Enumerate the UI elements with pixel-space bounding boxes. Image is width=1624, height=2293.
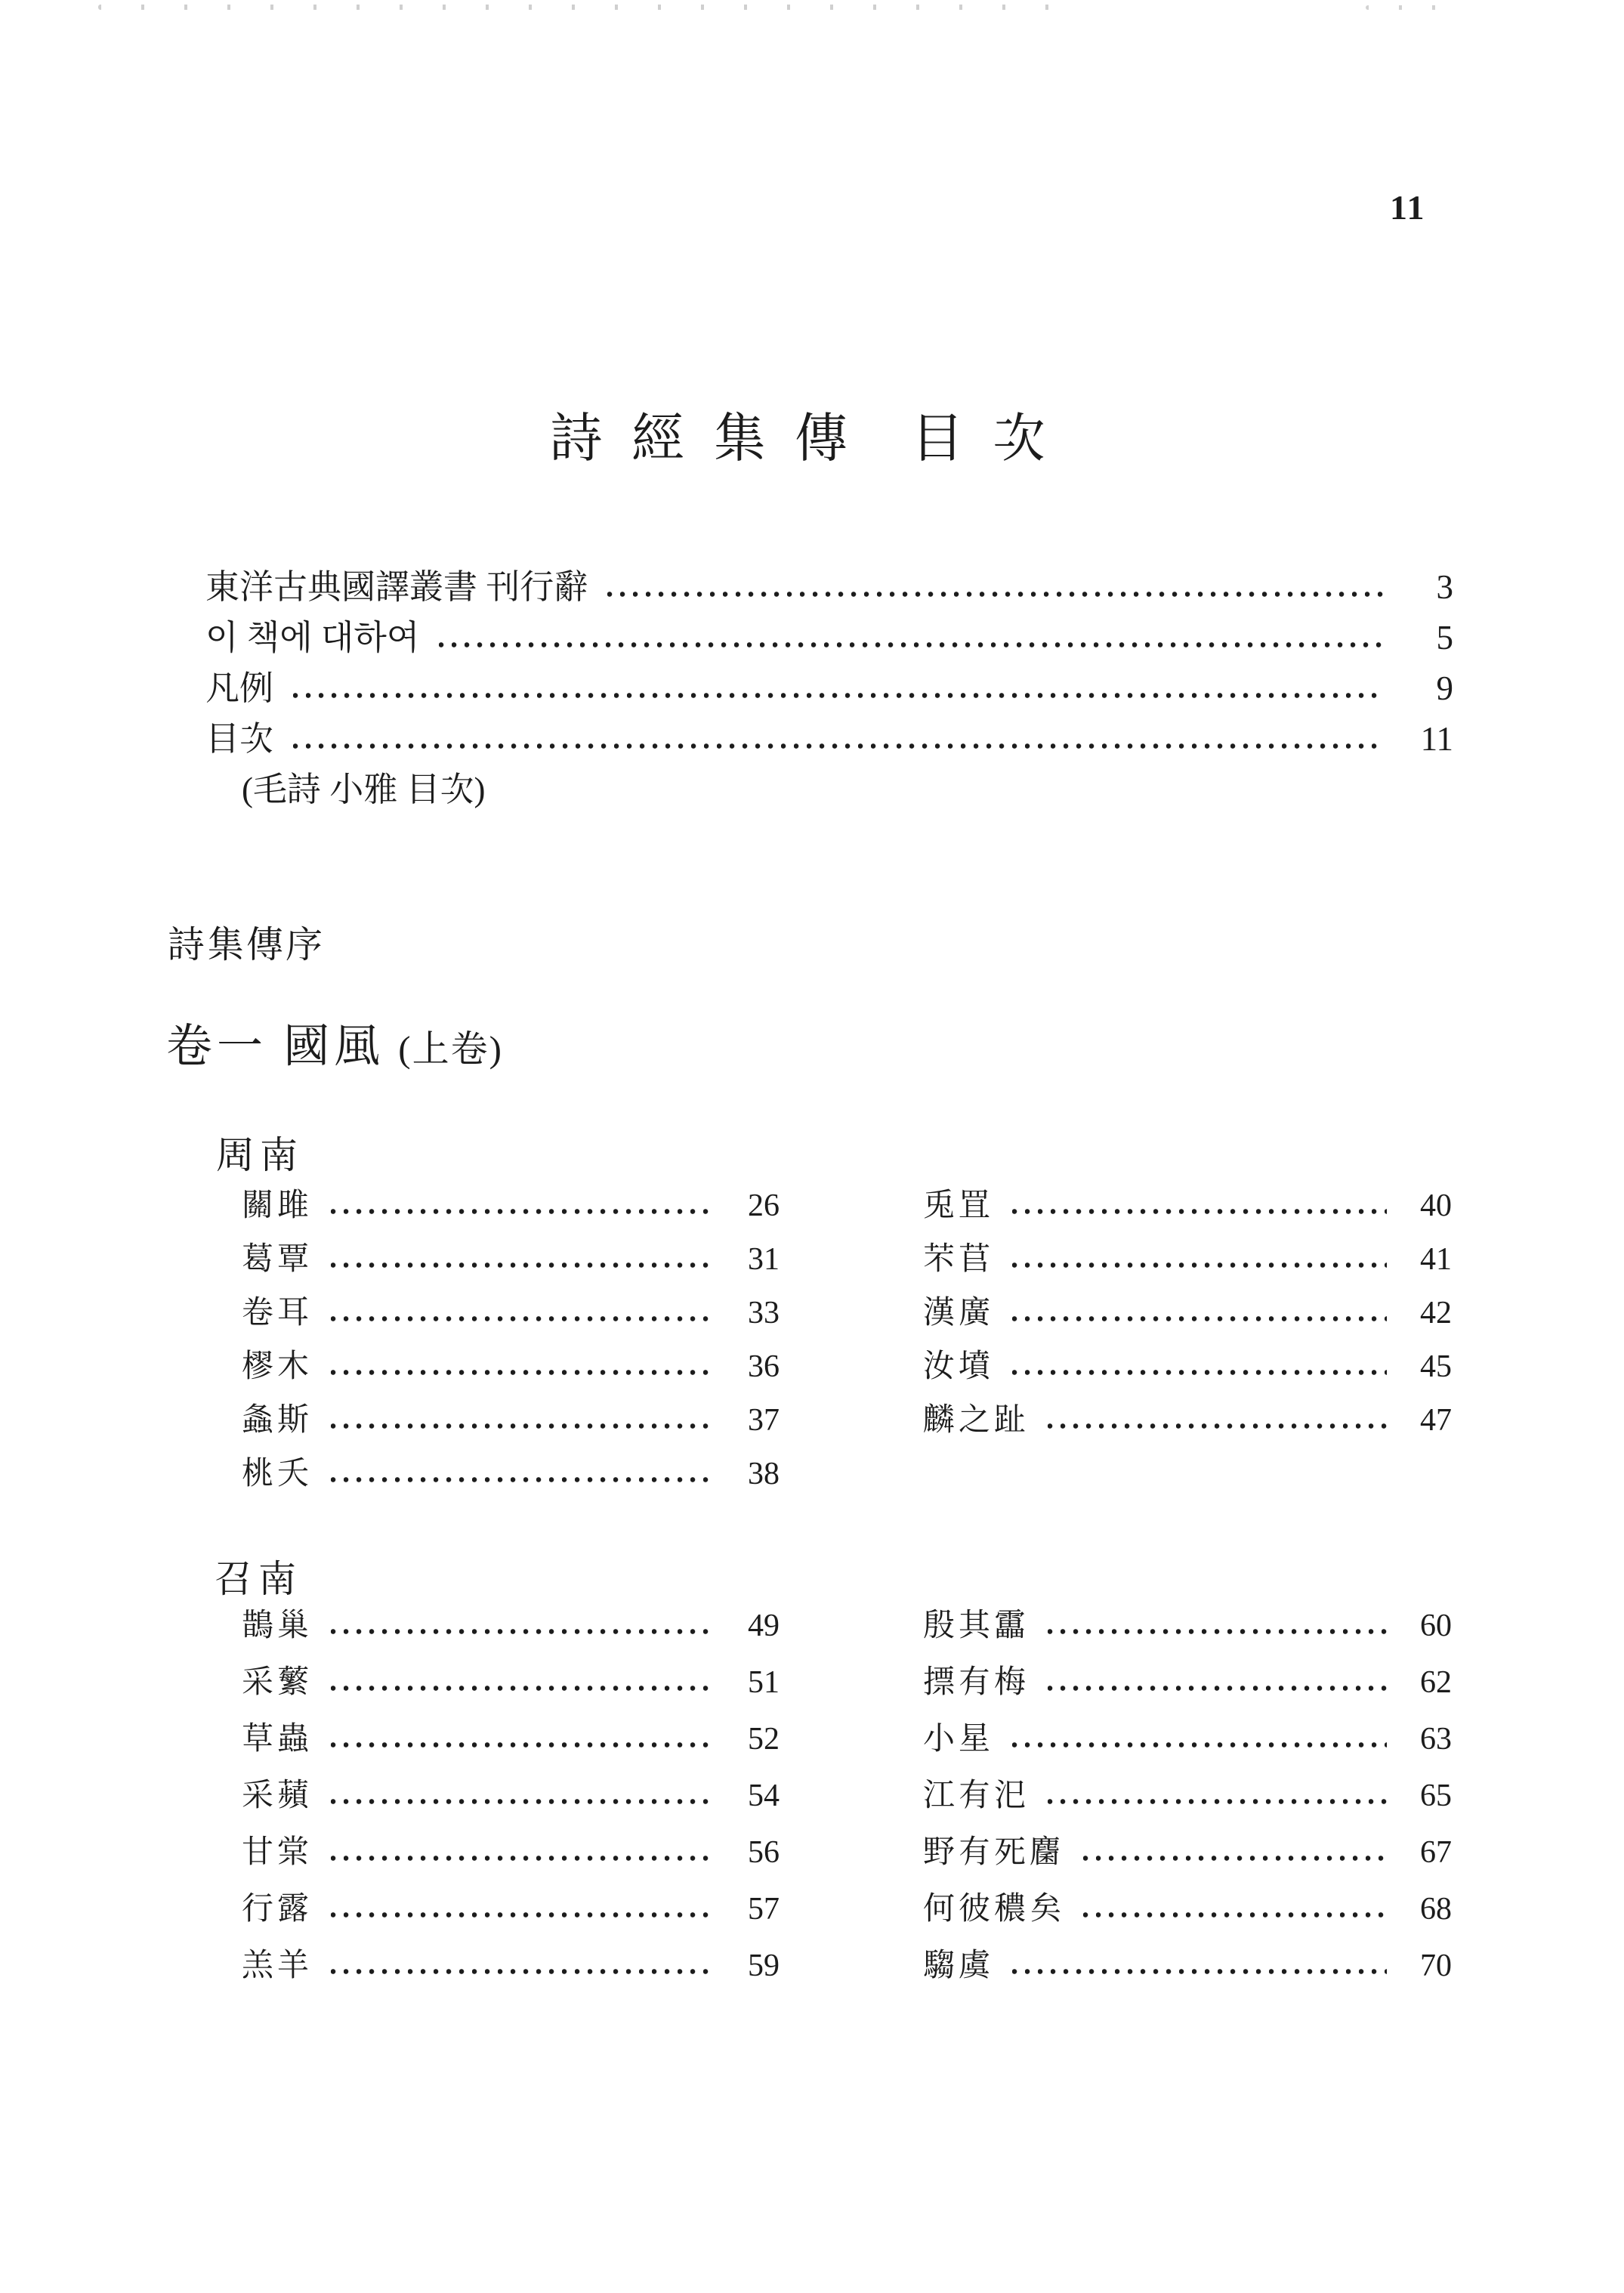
poem-page: 59 (730, 1948, 780, 1984)
poem-title: 草蟲 (242, 1714, 313, 1759)
poem-title: 騶虞 (923, 1940, 994, 1986)
poem-title: 卷耳 (242, 1287, 313, 1333)
poem-entry: 羔羊 59 (242, 1940, 780, 1997)
poem-entry: 關雎 26 (242, 1180, 780, 1234)
poem-entry: 漢廣 42 (923, 1287, 1452, 1341)
poem-page: 63 (1402, 1721, 1452, 1757)
dotted-leader (1083, 1912, 1387, 1919)
poem-page: 62 (1402, 1664, 1452, 1701)
poem-page: 56 (730, 1834, 780, 1871)
poem-title: 殷其靁 (923, 1600, 1030, 1646)
toc-entry: 東洋古典國譯叢書 刊行辭 3 (205, 559, 1453, 610)
column-left: 鵲巢 49 采蘩 51 草蟲 52 采蘋 54 甘棠 (242, 1600, 780, 1997)
toc-entry-label: 目次 (205, 711, 273, 760)
dotted-leader (1048, 1629, 1387, 1636)
dotted-leader (331, 1423, 715, 1430)
dotted-leader (331, 1686, 715, 1692)
scan-artifact (1366, 5, 1450, 10)
dotted-leader (1012, 1262, 1387, 1269)
poem-title: 何彼穠矣 (923, 1884, 1065, 1929)
dotted-leader (331, 1262, 715, 1269)
toc-entry: (毛詩 小雅 目次) (205, 762, 1453, 812)
poem-entry: 殷其靁 60 (923, 1600, 1452, 1657)
poem-title: 采蘋 (242, 1770, 313, 1816)
poem-entry: 汝墳 45 (923, 1341, 1452, 1395)
poem-title: 葛覃 (242, 1234, 313, 1279)
dotted-leader (439, 642, 1384, 649)
dotted-leader (1048, 1423, 1387, 1430)
poem-entry: 騶虞 70 (923, 1940, 1452, 1997)
poem-title: 樛木 (242, 1341, 313, 1386)
dotted-leader (1012, 1370, 1387, 1377)
poem-entry: 何彼穠矣 68 (923, 1884, 1452, 1940)
poem-page: 52 (730, 1721, 780, 1757)
toc-entry-page: 5 (1400, 618, 1453, 657)
poem-title: 野有死麕 (923, 1827, 1065, 1872)
poem-title: 兎罝 (923, 1180, 994, 1225)
book-page: 11 詩經集傳目次 東洋古典國譯叢書 刊行辭 3 이 책에 대하여 5 凡例 9… (0, 0, 1624, 2293)
poem-entry: 桃夭 38 (242, 1448, 780, 1502)
dotted-leader (331, 1209, 715, 1216)
poem-entry: 樛木 36 (242, 1341, 780, 1395)
dotted-leader (331, 1856, 715, 1862)
poem-page: 70 (1402, 1948, 1452, 1984)
poem-entry: 麟之趾 47 (923, 1395, 1452, 1448)
column-right: 兎罝 40 芣苢 41 漢廣 42 汝墳 45 麟之趾 (923, 1180, 1452, 1448)
poem-title: 漢廣 (923, 1287, 994, 1333)
poem-page: 68 (1402, 1891, 1452, 1927)
poem-title: 羔羊 (242, 1940, 313, 1986)
dotted-leader (607, 592, 1384, 598)
toc-entry: 目次 11 (205, 711, 1453, 762)
poem-entry: 草蟲 52 (242, 1714, 780, 1770)
dotted-leader (331, 1912, 715, 1919)
poem-entry: 卷耳 33 (242, 1287, 780, 1341)
poem-title: 甘棠 (242, 1827, 313, 1872)
poem-page: 49 (730, 1608, 780, 1644)
poem-page: 40 (1402, 1188, 1452, 1224)
poem-page: 37 (730, 1402, 780, 1439)
poem-title: 采蘩 (242, 1657, 313, 1702)
poem-page: 41 (1402, 1241, 1452, 1278)
page-number: 11 (1390, 187, 1425, 227)
volume-heading-main: 卷一 國風 (166, 1021, 384, 1072)
dotted-leader (331, 1370, 715, 1377)
toc-entry-page: 3 (1400, 567, 1453, 607)
toc-entry-label: 東洋古典國譯叢書 刊行辭 (205, 559, 588, 608)
poem-title: 麟之趾 (923, 1395, 1030, 1440)
poem-page: 45 (1402, 1349, 1452, 1385)
column-left: 關雎 26 葛覃 31 卷耳 33 樛木 36 螽斯 (242, 1180, 780, 1502)
poem-page: 51 (730, 1664, 780, 1701)
poem-entry: 采蘋 54 (242, 1770, 780, 1827)
dotted-leader (293, 743, 1384, 750)
toc-entry: 凡例 9 (205, 660, 1453, 711)
poem-entry: 采蘩 51 (242, 1657, 780, 1714)
poem-title: 芣苢 (923, 1234, 994, 1279)
poem-entry: 摽有梅 62 (923, 1657, 1452, 1714)
poem-title: 鵲巢 (242, 1600, 313, 1646)
poem-entry: 鵲巢 49 (242, 1600, 780, 1657)
poem-entry: 螽斯 37 (242, 1395, 780, 1448)
dotted-leader (331, 1477, 715, 1484)
poem-entry: 芣苢 41 (923, 1234, 1452, 1287)
poem-page: 65 (1402, 1778, 1452, 1814)
poem-title: 行露 (242, 1884, 313, 1929)
poem-page: 54 (730, 1778, 780, 1814)
dotted-leader (1083, 1856, 1387, 1862)
toc-entry-label: 凡例 (205, 660, 273, 709)
poem-entry: 江有汜 65 (923, 1770, 1452, 1827)
poem-page: 57 (730, 1891, 780, 1927)
poem-entry: 行露 57 (242, 1884, 780, 1940)
dotted-leader (1012, 1209, 1387, 1216)
volume-heading: 卷一 國風(上卷) (166, 1009, 503, 1075)
preface-heading: 詩集傳序 (168, 916, 325, 969)
poem-page: 67 (1402, 1834, 1452, 1871)
poem-title: 關雎 (242, 1180, 313, 1225)
dotted-leader (331, 1316, 715, 1323)
poem-title: 江有汜 (923, 1770, 1030, 1816)
poem-entry: 葛覃 31 (242, 1234, 780, 1287)
poem-entry: 甘棠 56 (242, 1827, 780, 1884)
poem-page: 33 (730, 1295, 780, 1331)
dotted-leader (331, 1629, 715, 1636)
page-title-main: 詩經集傳 (550, 410, 876, 468)
poem-page: 38 (730, 1456, 780, 1492)
poem-page: 36 (730, 1349, 780, 1385)
front-matter-toc: 東洋古典國譯叢書 刊行辭 3 이 책에 대하여 5 凡例 9 目次 11 (毛詩… (205, 559, 1453, 812)
dotted-leader (1048, 1686, 1387, 1692)
toc-entry-page: 9 (1400, 669, 1453, 708)
poem-title: 摽有梅 (923, 1657, 1030, 1702)
poem-page: 42 (1402, 1295, 1452, 1331)
toc-entry: 이 책에 대하여 5 (205, 610, 1453, 660)
dotted-leader (1048, 1799, 1387, 1806)
poem-page: 31 (730, 1241, 780, 1278)
toc-entry-page: 11 (1400, 719, 1453, 759)
column-right: 殷其靁 60 摽有梅 62 小星 63 江有汜 65 野有死麕 (923, 1600, 1452, 1997)
poem-title: 螽斯 (242, 1395, 313, 1440)
scan-artifact (98, 5, 1057, 10)
page-title: 詩經集傳目次 (0, 396, 1624, 472)
poem-entry: 小星 63 (923, 1714, 1452, 1770)
toc-entry-label: (毛詩 小雅 目次) (242, 762, 485, 811)
section-title: 周南 (216, 1125, 304, 1179)
poem-entry: 兎罝 40 (923, 1180, 1452, 1234)
dotted-leader (331, 1969, 715, 1976)
poem-entry: 野有死麕 67 (923, 1827, 1452, 1884)
poem-page: 60 (1402, 1608, 1452, 1644)
poem-page: 47 (1402, 1402, 1452, 1439)
section-title: 召南 (215, 1549, 302, 1603)
dotted-leader (1012, 1742, 1387, 1749)
page-title-sub: 目次 (911, 410, 1074, 468)
dotted-leader (1012, 1316, 1387, 1323)
poem-title: 桃夭 (242, 1448, 313, 1494)
poem-page: 26 (730, 1188, 780, 1224)
dotted-leader (293, 693, 1384, 700)
dotted-leader (331, 1799, 715, 1806)
poem-title: 小星 (923, 1714, 994, 1759)
dotted-leader (331, 1742, 715, 1749)
dotted-leader (1012, 1969, 1387, 1976)
toc-entry-label: 이 책에 대하여 (205, 610, 419, 659)
poem-title: 汝墳 (923, 1341, 994, 1386)
volume-note: (上卷) (398, 1028, 503, 1070)
